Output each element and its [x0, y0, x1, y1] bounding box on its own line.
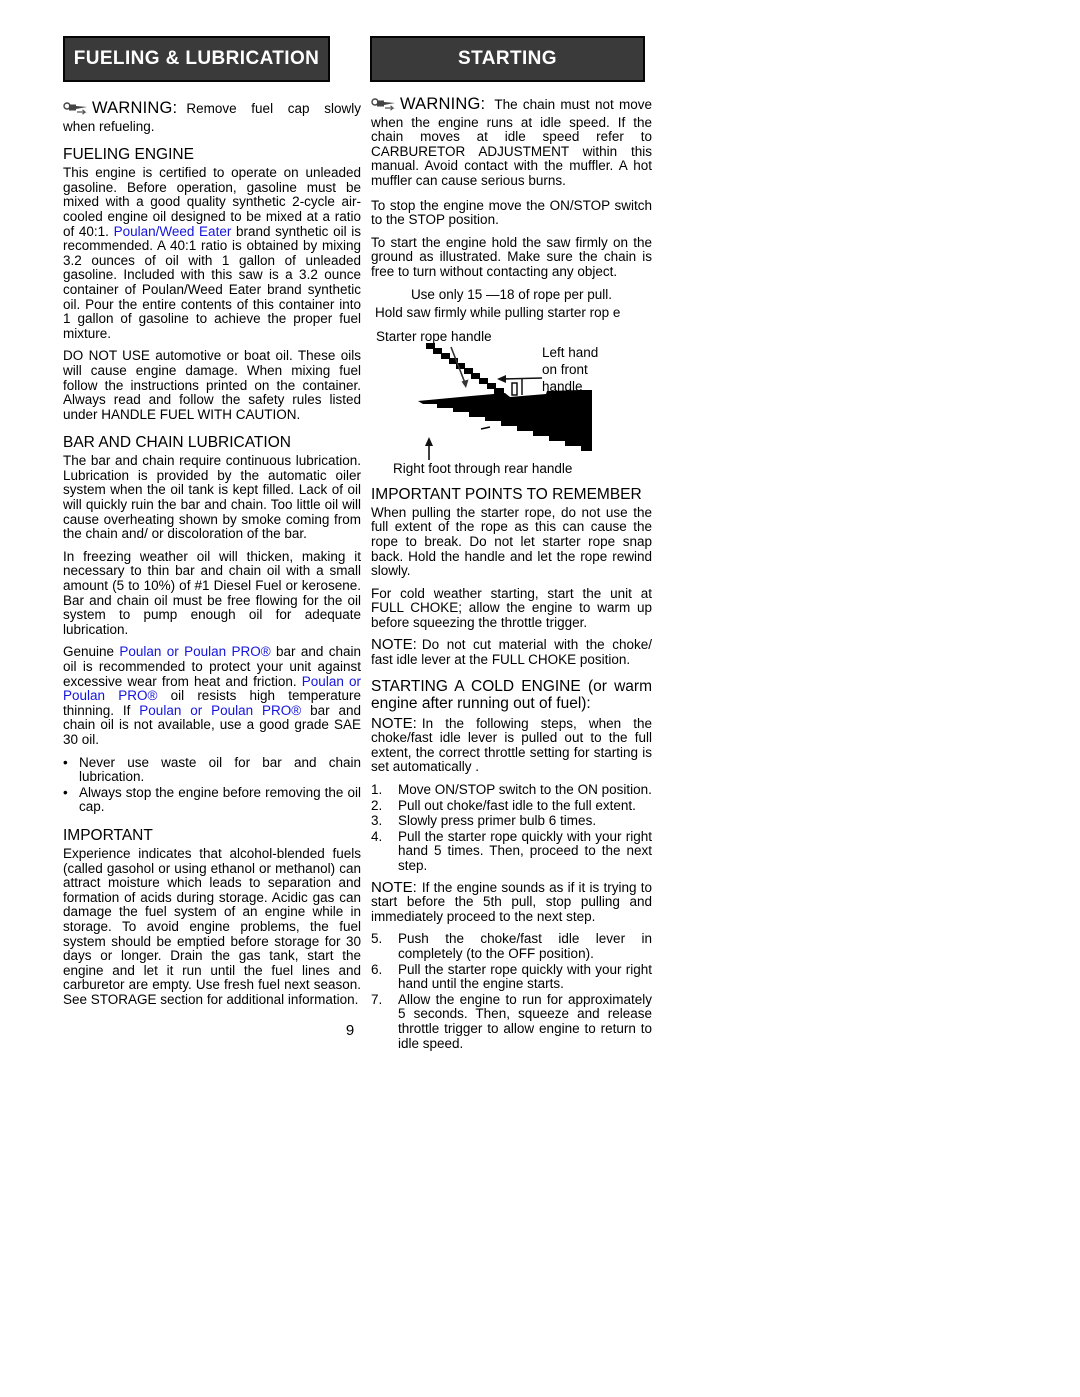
fueling-paragraph-2: DO NOT USE automotive or boat oil. These…	[63, 349, 361, 422]
starter-rope-steps	[426, 343, 504, 395]
points-paragraph-1: When pulling the starter rope, do not us…	[371, 506, 652, 579]
heading-fueling-engine: FUELING ENGINE	[63, 146, 361, 163]
note-paragraph-3: NOTE:If the engine sounds as if it is tr…	[371, 881, 652, 925]
brand-text-poulan-weed-eater: Poulan/Weed Eater	[114, 224, 232, 239]
heading-starting-cold-engine: STARTING A COLD ENGINE (or warm engine a…	[371, 678, 652, 713]
text-segment: brand synthetic oil is recommended. A 40…	[63, 224, 361, 341]
section-header-starting: STARTING	[370, 36, 645, 82]
chainsaw-starting-illustration	[371, 324, 652, 480]
bar-paragraph-3: Genuine Poulan or Poulan PRO® bar and ch…	[63, 645, 361, 747]
step-number: 7.	[371, 993, 398, 1051]
fueling-paragraph-1: This engine is certified to operate on u…	[63, 166, 361, 341]
list-item: 5. Push the choke/fast idle lever in com…	[371, 932, 652, 961]
manual-page: FUELING & LUBRICATION STARTING WARNING:R…	[0, 0, 1080, 1397]
starting-position-figure: Starter rope handle Left hand on front h…	[371, 324, 652, 480]
bullet-list: • Never use waste oil for bar and chain …	[63, 756, 361, 815]
heading-important-points: IMPORTANT POINTS TO REMEMBER	[371, 486, 652, 503]
list-item: • Never use waste oil for bar and chain …	[63, 756, 361, 785]
start-engine-paragraph: To start the engine hold the saw firmly …	[371, 236, 652, 280]
brand-text-poulan-pro: Poulan or Poulan PRO®	[139, 703, 301, 718]
heading-bar-chain-lubrication: BAR AND CHAIN LUBRICATION	[63, 434, 361, 451]
step-number: 5.	[371, 932, 398, 961]
numbered-steps-1-4: 1. Move ON/STOP switch to the ON positio…	[371, 783, 652, 874]
brand-text-poulan-pro: Poulan or Poulan PRO®	[119, 644, 270, 659]
right-foot-arrow	[425, 437, 433, 460]
ground-mark	[481, 427, 490, 429]
bullet-text: Always stop the engine before removing t…	[79, 786, 361, 815]
page-number: 9	[340, 1024, 360, 1039]
left-hand-arrow	[497, 375, 542, 383]
stop-engine-paragraph: To stop the engine move the ON/STOP swit…	[371, 199, 652, 228]
warning-label: WARNING:	[92, 99, 177, 117]
note-paragraph-1: NOTE:Do not cut material with the choke/…	[371, 638, 652, 667]
step-number: 4.	[371, 830, 398, 874]
starter-handle-detail	[512, 378, 522, 395]
step-number: 2.	[371, 799, 398, 814]
person-silhouette	[418, 390, 592, 451]
starter-rope-arrow	[451, 347, 469, 388]
step-text: Pull the starter rope quickly with your …	[398, 830, 652, 874]
section-header-fueling-lubrication: FUELING & LUBRICATION	[63, 36, 330, 82]
warning-paragraph: WARNING:The chain must not move when the…	[371, 96, 652, 189]
list-item: 1. Move ON/STOP switch to the ON positio…	[371, 783, 652, 798]
list-item: 7. Allow the engine to run for approxima…	[371, 993, 652, 1051]
hold-saw-note: Hold saw firmly while pulling starter ro…	[375, 306, 652, 321]
points-paragraph-2: For cold weather starting, start the uni…	[371, 587, 652, 631]
right-column: WARNING:The chain must not move when the…	[371, 96, 652, 1058]
step-number: 1.	[371, 783, 398, 798]
chainsaw-warning-icon	[63, 100, 89, 120]
step-text: Move ON/STOP switch to the ON position.	[398, 783, 652, 798]
bullet-text: Never use waste oil for bar and chain lu…	[79, 756, 361, 785]
numbered-steps-5-7: 5. Push the choke/fast idle lever in com…	[371, 932, 652, 1051]
warning-label: WARNING:	[400, 95, 485, 113]
section-header-right-label: STARTING	[458, 52, 557, 67]
step-number: 6.	[371, 963, 398, 992]
step-text: Push the choke/fast idle lever in comple…	[398, 932, 652, 961]
bullet-icon: •	[63, 756, 79, 785]
step-number: 3.	[371, 814, 398, 829]
important-paragraph: Experience indicates that alcohol-blende…	[63, 847, 361, 1008]
rope-length-note: Use only 15 —18 of rope per pull.	[371, 288, 652, 303]
list-item: 2. Pull out choke/fast idle to the full …	[371, 799, 652, 814]
note-label: NOTE:	[371, 715, 417, 732]
bar-paragraph-1: The bar and chain require continuous lub…	[63, 454, 361, 542]
step-text: Allow the engine to run for approximatel…	[398, 993, 652, 1051]
text-segment: Genuine	[63, 644, 119, 659]
left-column: WARNING:Remove fuel cap slowly when refu…	[63, 100, 361, 1015]
bullet-icon: •	[63, 786, 79, 815]
list-item: 4. Pull the starter rope quickly with yo…	[371, 830, 652, 874]
list-item: • Always stop the engine before removing…	[63, 786, 361, 815]
note-label: NOTE:	[371, 879, 417, 896]
list-item: 3. Slowly press primer bulb 6 times.	[371, 814, 652, 829]
heading-important: IMPORTANT	[63, 827, 361, 844]
note-label: NOTE:	[371, 636, 417, 653]
step-text: Pull out choke/fast idle to the full ext…	[398, 799, 652, 814]
step-text: Pull the starter rope quickly with your …	[398, 963, 652, 992]
step-text: Slowly press primer bulb 6 times.	[398, 814, 652, 829]
note-paragraph-2: NOTE:In the following steps, when the ch…	[371, 717, 652, 775]
list-item: 6. Pull the starter rope quickly with yo…	[371, 963, 652, 992]
chainsaw-warning-icon	[371, 96, 397, 116]
section-header-left-label: FUELING & LUBRICATION	[74, 52, 320, 67]
warning-paragraph: WARNING:Remove fuel cap slowly when refu…	[63, 100, 361, 134]
bar-paragraph-2: In freezing weather oil will thicken, ma…	[63, 550, 361, 638]
